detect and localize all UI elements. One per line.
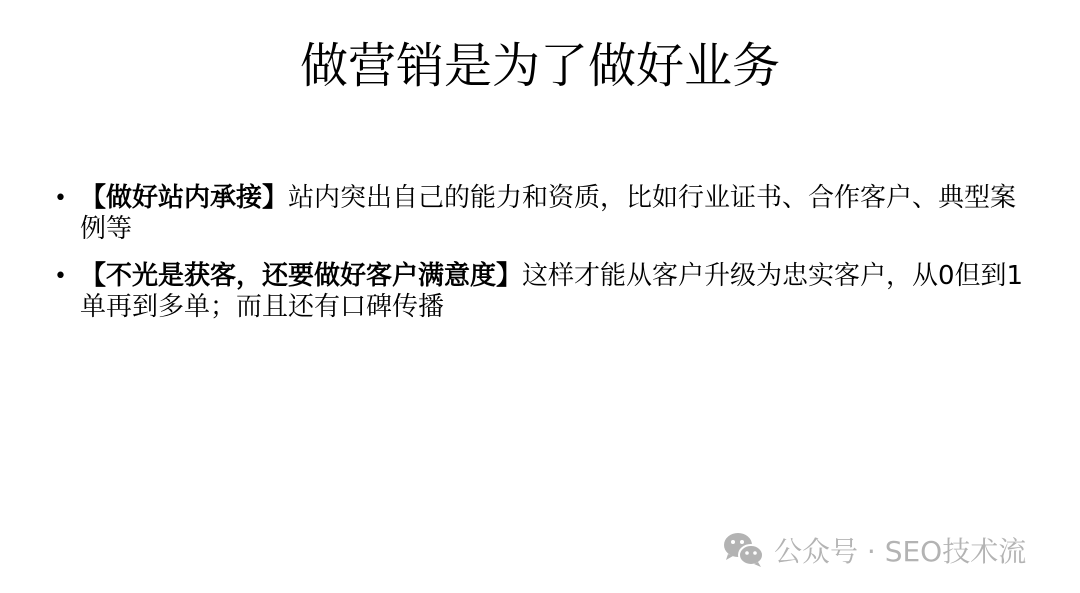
slide-title: 做营销是为了做好业务: [0, 34, 1080, 98]
watermark: 公众号 · SEO技术流: [722, 528, 1026, 572]
bullet-item: • 【做好站内承接】站内突出自己的能力和资质，比如行业证书、合作客户、典型案例等: [54, 183, 1034, 245]
bullet-list: • 【做好站内承接】站内突出自己的能力和资质，比如行业证书、合作客户、典型案例等…: [54, 183, 1034, 339]
watermark-text: 公众号 · SEO技术流: [774, 530, 1026, 570]
bullet-item: • 【不光是获客，还要做好客户满意度】这样才能从客户升级为忠实客户，从0但到1单…: [54, 261, 1034, 323]
bullet-dot-icon: •: [54, 261, 67, 292]
bullet-heading: 【不光是获客，还要做好客户满意度】: [80, 261, 522, 291]
wechat-icon: [722, 530, 766, 570]
bullet-dot-icon: •: [54, 183, 67, 214]
bullet-heading: 【做好站内承接】: [80, 183, 288, 213]
